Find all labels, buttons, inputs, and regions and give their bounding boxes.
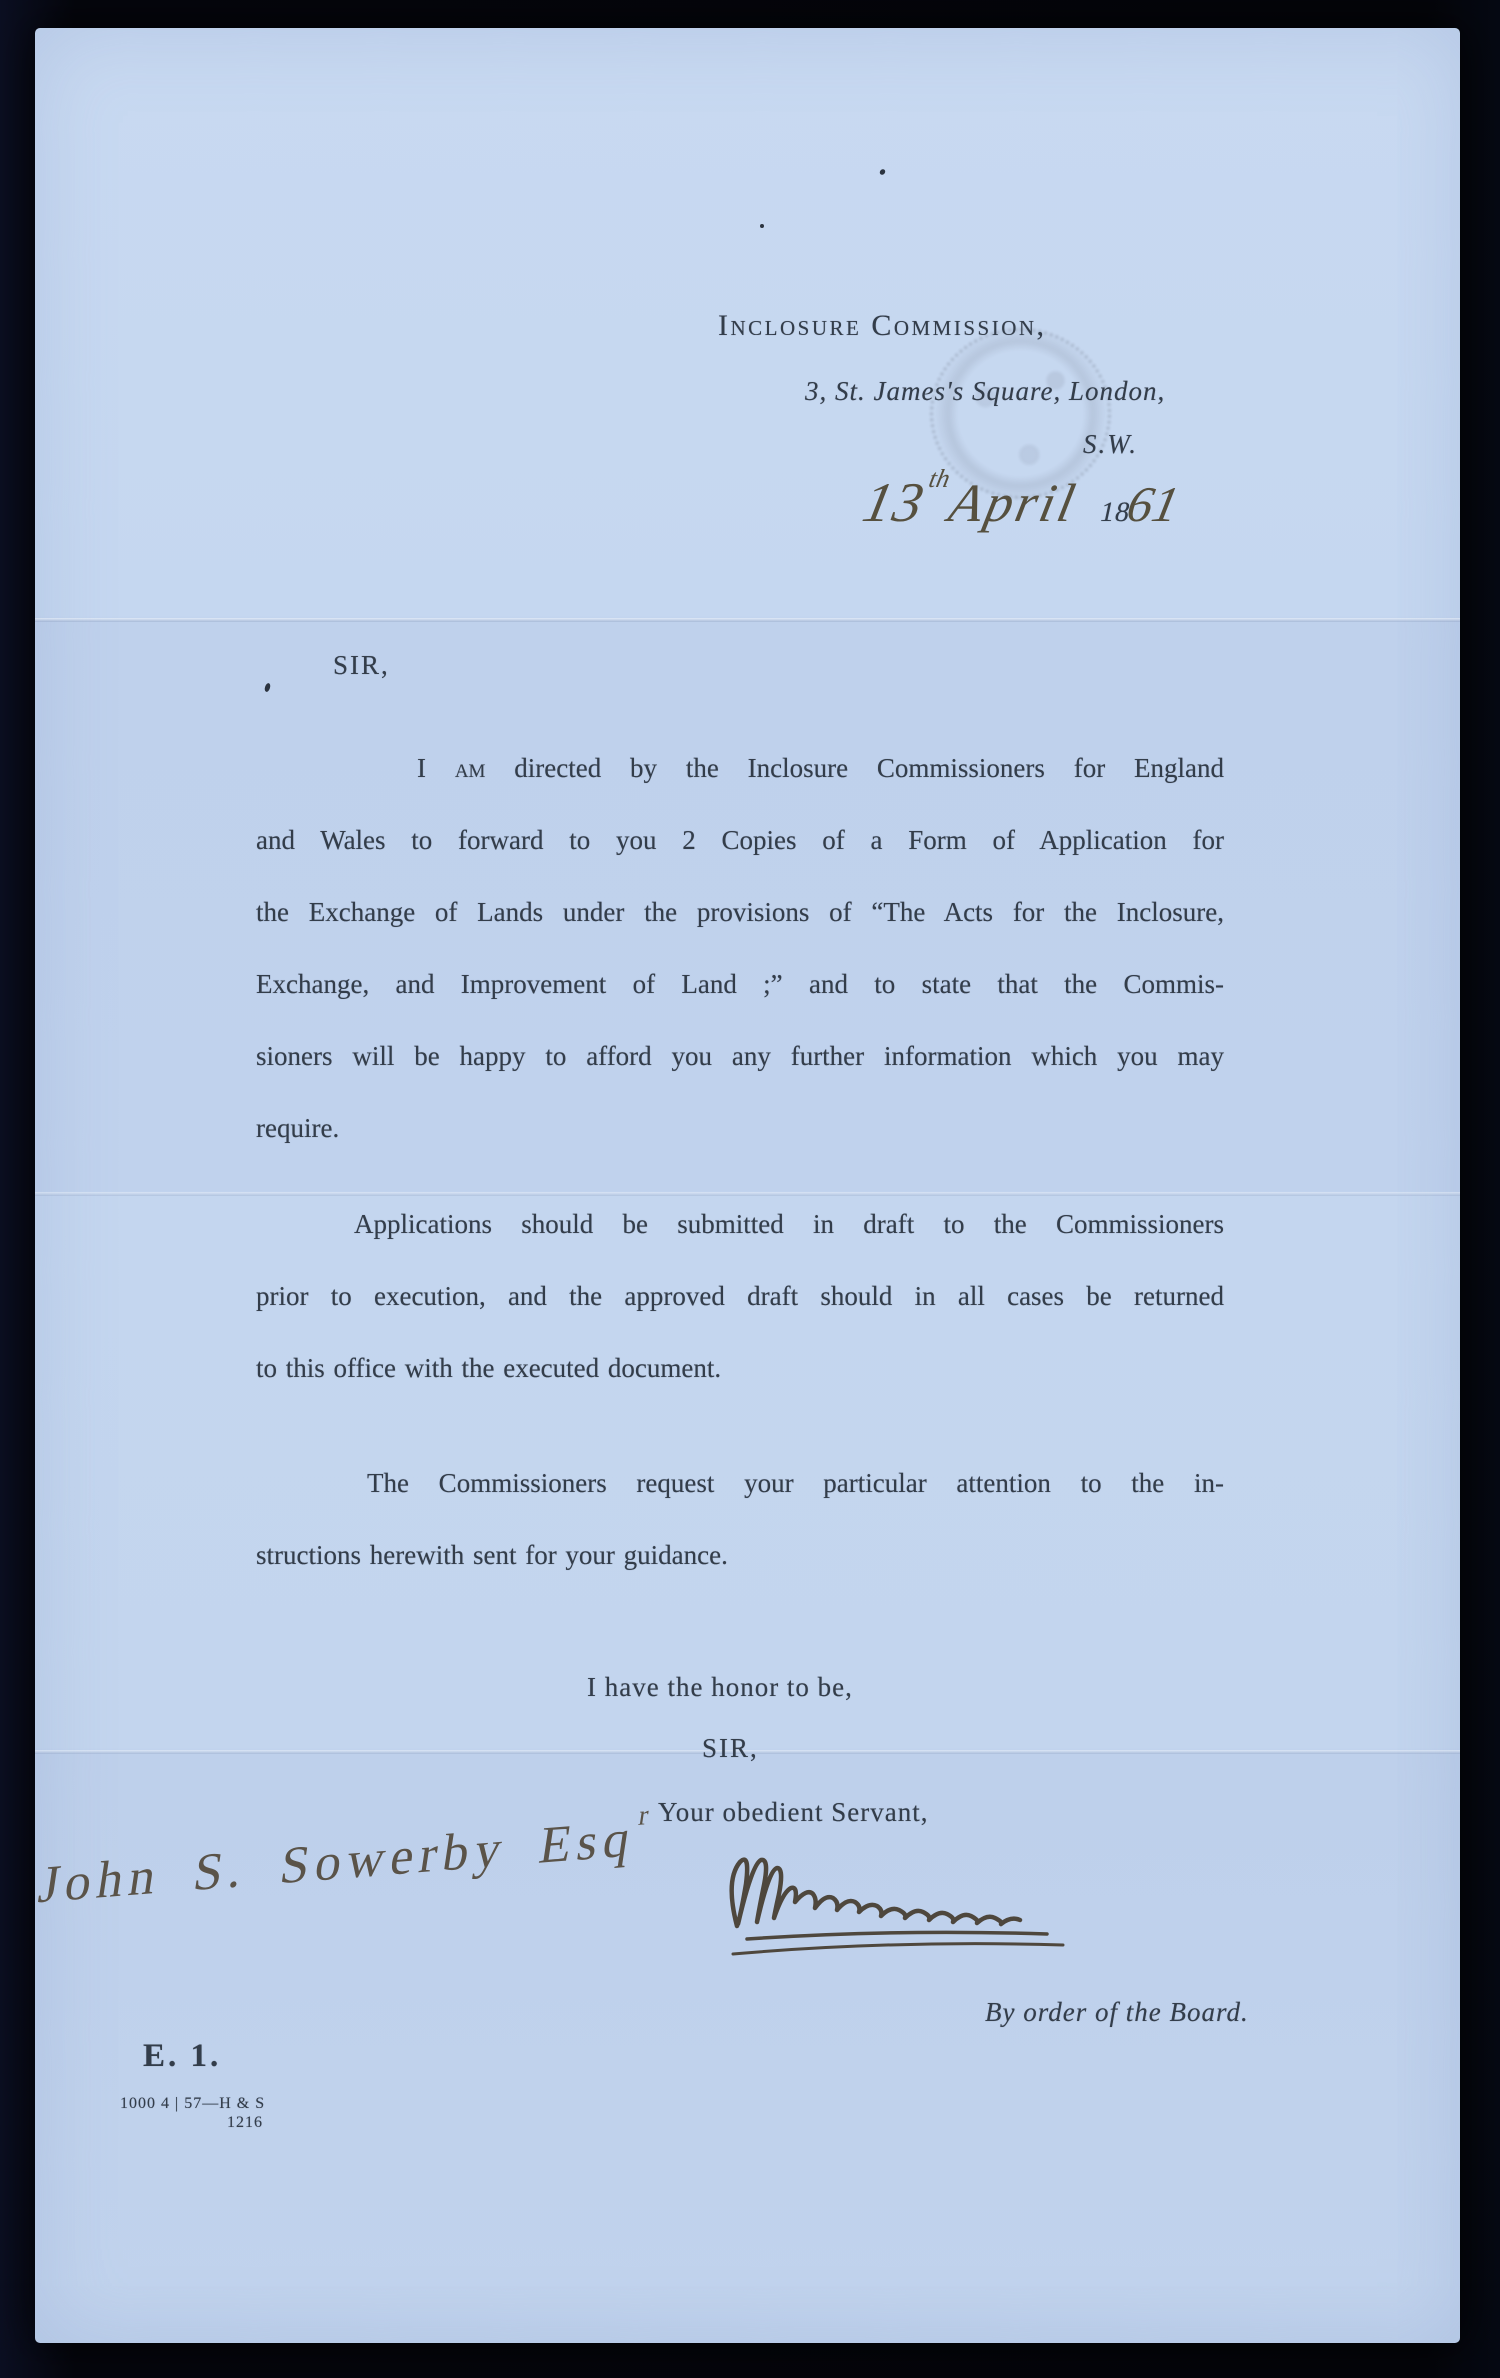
letter-line: sioners will be happy to afford you any … xyxy=(256,1020,1224,1092)
letter-paper: Inclosure Commission, 3, St. James's Squ… xyxy=(35,28,1460,2343)
letter-line: to this office with the executed documen… xyxy=(256,1332,1224,1404)
date-day: 13 xyxy=(858,472,931,534)
text-segment: I xyxy=(417,753,455,783)
letter-line: Applications should be submitted in draf… xyxy=(256,1188,1224,1260)
date-year-handwritten: 61 xyxy=(1122,476,1184,532)
date-ordinal: th xyxy=(926,464,952,493)
letterhead-address: 3, St. James's Square, London, xyxy=(805,376,1165,407)
text-segment-smallcaps: am xyxy=(455,753,486,783)
ink-speck xyxy=(760,224,764,228)
by-order-line: By order of the Board. xyxy=(985,1997,1249,2028)
fold-crease xyxy=(35,618,1460,622)
letterhead-organization: Inclosure Commission, xyxy=(718,309,1047,343)
letter-line: and Wales to forward to you 2 Copies of … xyxy=(256,804,1224,876)
addressee-name: John S. Sowerby xyxy=(35,1817,544,1914)
letter-line: The Commissioners request your particula… xyxy=(256,1447,1224,1519)
date-month: April xyxy=(944,473,1083,533)
closing-honor-line: I have the honor to be, xyxy=(587,1672,853,1703)
imprint-line: 1000 4 | 57—H & S xyxy=(120,2094,265,2113)
form-docket-number: E. 1. xyxy=(143,2038,221,2075)
letter-line: Exchange, and Improvement of Land ;” and… xyxy=(256,948,1224,1020)
letterhead-district: S.W. xyxy=(1083,429,1138,460)
closing-sir-line: SIR, xyxy=(702,1733,759,1764)
addressee-title: Esq xyxy=(536,1810,640,1875)
letter-line: require. xyxy=(256,1092,1224,1164)
scan-background: Inclosure Commission, 3, St. James's Squ… xyxy=(0,0,1500,2378)
paragraph-1: I am directed by the Inclosure Commissio… xyxy=(256,732,1224,1164)
handwritten-date: 13thApril1861 xyxy=(857,464,1186,535)
closing-servant-line: Your obedient Servant, xyxy=(658,1797,928,1828)
text-segment: directed by the Inclosure Commissioners … xyxy=(485,753,1224,783)
letter-line: I am directed by the Inclosure Commissio… xyxy=(256,732,1224,804)
paragraph-3: The Commissioners request your particula… xyxy=(256,1447,1224,1591)
letter-line: the Exchange of Lands under the provisio… xyxy=(256,876,1224,948)
letter-line: structions herewith sent for your guidan… xyxy=(256,1519,1224,1591)
letter-line: prior to execution, and the approved dra… xyxy=(256,1260,1224,1332)
salutation: SIR, xyxy=(333,650,390,681)
addressee-title-superscript: r xyxy=(637,1799,657,1832)
ink-speck xyxy=(264,682,272,692)
printer-imprint: 1000 4 | 57—H & S 1216 xyxy=(120,2094,265,2132)
imprint-line: 1216 xyxy=(120,2113,265,2132)
ink-speck xyxy=(879,168,887,176)
handwritten-addressee: John S. Sowerby Esqr xyxy=(35,1799,663,1916)
paragraph-2: Applications should be submitted in draf… xyxy=(256,1188,1224,1404)
signature-scrawl xyxy=(715,1846,1085,1966)
